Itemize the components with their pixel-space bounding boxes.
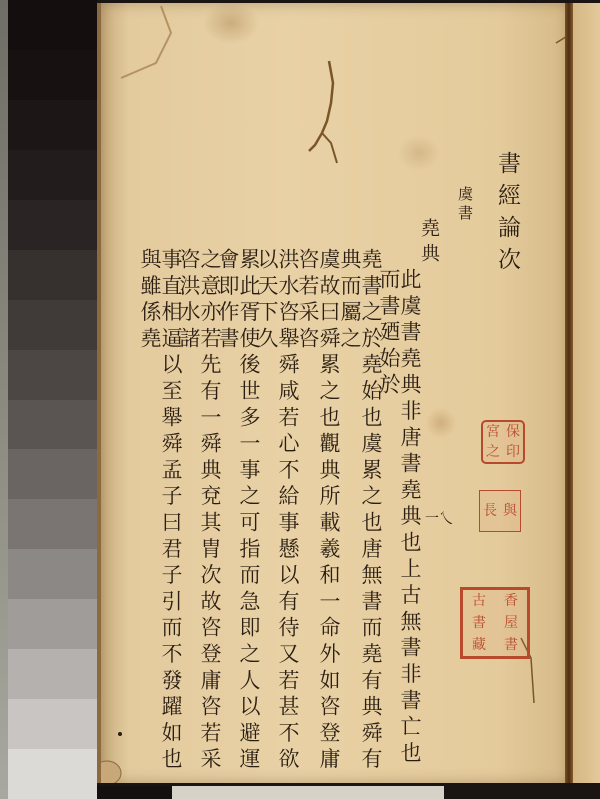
calibration-step <box>0 699 97 749</box>
calibration-step <box>0 100 97 150</box>
grayscale-calibration-strip <box>0 0 97 799</box>
seal-stamp-3: 古 香 書 屋 藏 書 <box>460 587 530 659</box>
calibration-strip-edge <box>0 0 8 799</box>
seal-char: 香 <box>495 594 527 609</box>
seal-char: 長 <box>480 504 500 519</box>
calibration-step <box>0 749 97 799</box>
document-subtitle: 虞書 <box>457 186 472 224</box>
text-column-4: 洪水咨舉舜咸若心不給事懸以有待又若甚不欲以天下久 <box>256 248 298 783</box>
seal-char: 屋 <box>495 616 527 631</box>
calibration-step <box>0 250 97 300</box>
text-column-7: 事直相逼以至舉舜孟子曰君子引而不發躍如也與雖係堯 <box>139 248 181 783</box>
seal-char: 書 <box>463 616 495 631</box>
seal-stamp-2: 長 與 <box>479 490 521 532</box>
seal-char: 宮 <box>483 425 503 440</box>
calibration-step <box>0 200 97 250</box>
book-page: 書經論次 虞書 堯典 此虞書堯典非唐書堯典也上古無書非書亡也而書廼始於 堯書之於… <box>97 3 569 783</box>
seal-char: 之 <box>483 445 503 460</box>
calibration-step <box>0 0 97 50</box>
seal-char: 與 <box>500 504 520 519</box>
adjacent-page-edge <box>573 3 600 783</box>
calibration-step <box>0 499 97 549</box>
text-column-1: 此虞書堯典非唐書堯典也上古無書非書亡也而書廼始於 <box>378 268 420 783</box>
calibration-step <box>0 449 97 499</box>
seal-stamp-1: 宮 保 之 印 <box>481 420 525 464</box>
calibration-step <box>0 649 97 699</box>
calibration-step <box>0 300 97 350</box>
text-column-2: 堯書之於堯始也虞累之也唐無書而堯有典舜有典而屬之 <box>339 248 381 783</box>
seal-char: 書 <box>495 638 527 653</box>
scan-bottom-strip <box>172 786 444 799</box>
seal-char: 藏 <box>463 638 495 653</box>
text-column-5: 累此胥使後世多一事之可指而急即之人以避運會即作書 <box>217 248 259 783</box>
document-title: 書經論次 <box>495 151 518 279</box>
margin-marker: 一乀 <box>425 508 453 528</box>
seal-char: 印 <box>503 445 523 460</box>
text-column-3: 虞故曰舜累之也觀典所載羲和一命外如咨登庸咨若采咨 <box>297 248 339 783</box>
calibration-step <box>0 549 97 599</box>
calibration-step <box>0 50 97 100</box>
calibration-step <box>0 350 97 400</box>
seal-char: 保 <box>503 425 523 440</box>
calibration-step <box>0 599 97 649</box>
scan-background-bottom <box>97 786 172 799</box>
book-gutter <box>565 3 573 783</box>
calibration-step <box>0 400 97 450</box>
seal-char: 古 <box>463 594 495 609</box>
calibration-step <box>0 150 97 200</box>
punctuation-dot <box>118 732 122 736</box>
section-heading: 堯典 <box>419 218 438 268</box>
text-column-6: 之意亦若先有一舜典兗其胄次故咨登庸咨若采咨洪水諸 <box>178 248 220 783</box>
